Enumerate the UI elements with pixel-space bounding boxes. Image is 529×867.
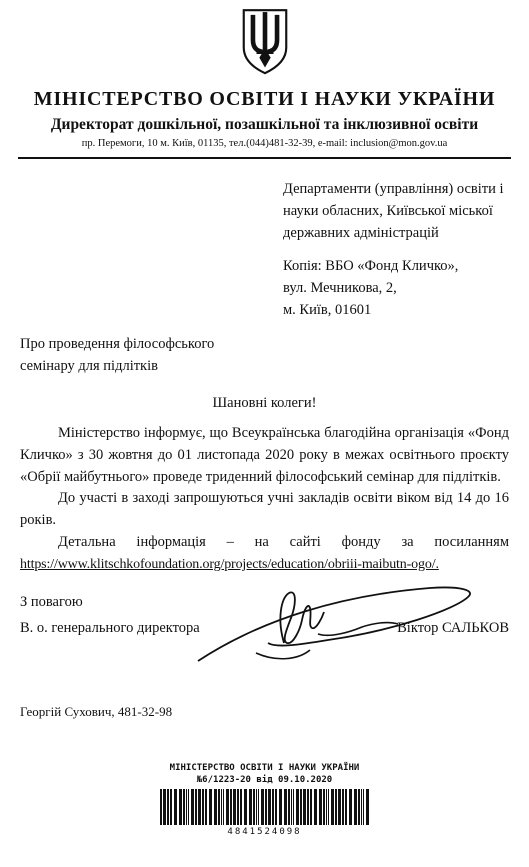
letter-document: МІНІСТЕРСТВО ОСВІТИ І НАУКИ УКРАЇНИ Дире…	[0, 0, 529, 867]
letter-body: Міністерство інформує, що Всеукраїнська …	[20, 423, 509, 576]
signoff-block: З повагою В. о. генерального директора В…	[20, 589, 509, 641]
stamp-reg-line: №6/1223-20 від 09.10.2020	[156, 774, 374, 786]
barcode-number: 4841524098	[156, 826, 374, 838]
foundation-link[interactable]: https://www.klitschkofoundation.org/proj…	[20, 557, 439, 572]
letterhead-contacts: пр. Перемоги, 10 м. Київ, 01135, тел.(04…	[0, 137, 529, 151]
signoff-name: Віктор САЛЬКОВ	[397, 615, 509, 641]
salutation: Шановні колеги!	[0, 392, 529, 414]
directorate-subtitle: Директорат дошкільної, позашкільної та і…	[0, 115, 529, 134]
recipient-block: Департаменти (управління) освіти і науки…	[283, 178, 509, 321]
paragraph-1: Міністерство інформує, що Всеукраїнська …	[20, 423, 509, 488]
recipient-line: державних адміністрацій	[283, 222, 509, 244]
stamp-org-line: МІНІСТЕРСТВО ОСВІТИ І НАУКИ УКРАЇНИ	[156, 762, 374, 774]
copy-line: м. Київ, 01601	[283, 299, 509, 321]
subject-line: семінару для підлітків	[20, 355, 529, 377]
ministry-title: МІНІСТЕРСТВО ОСВІТИ І НАУКИ УКРАЇНИ	[0, 88, 529, 111]
subject-line: Про проведення філософського	[20, 333, 529, 355]
copy-block: Копія: ВБО «Фонд Кличко», вул. Мечникова…	[283, 255, 509, 321]
recipient-line: науки обласних, Київської міської	[283, 200, 509, 222]
paragraph-2: До участі в заході запрошуються учні зак…	[20, 488, 509, 532]
paragraph-3-intro: Детальна інформація – на сайті фонду за …	[58, 534, 509, 550]
copy-line: вул. Мечникова, 2,	[283, 277, 509, 299]
signoff-position: В. о. генерального директора	[20, 615, 200, 641]
recipient-line: Департаменти (управління) освіти і	[283, 178, 509, 200]
copy-line: Копія: ВБО «Фонд Кличко»,	[283, 255, 509, 277]
subject-block: Про проведення філософського семінару дл…	[20, 333, 529, 377]
signoff-regards: З повагою	[20, 589, 509, 615]
registration-stamp: МІНІСТЕРСТВО ОСВІТИ І НАУКИ УКРАЇНИ №6/1…	[156, 762, 374, 838]
paragraph-3: Детальна інформація – на сайті фонду за …	[20, 532, 509, 576]
letterhead-divider	[18, 157, 511, 159]
ukraine-trident-emblem	[238, 8, 292, 76]
barcode	[156, 789, 374, 825]
executor-contact: Георгій Сухович, 481-32-98	[20, 703, 529, 720]
